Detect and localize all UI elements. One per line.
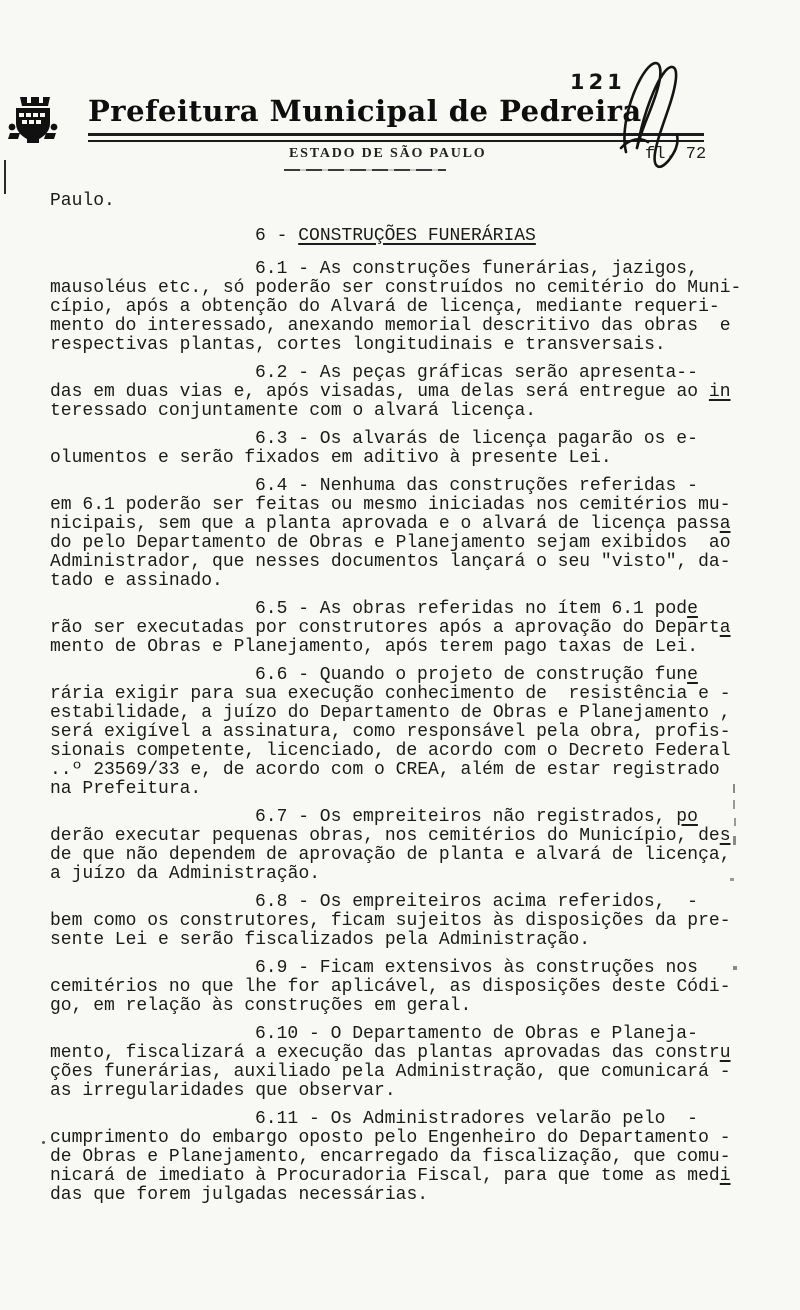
letterhead-title: Prefeitura Municipal de Pedreira (88, 94, 642, 128)
carryover-text: Paulo. (50, 192, 764, 211)
letterhead-rule-top (88, 133, 704, 136)
text-line: mausoléus etc., só poderão ser construíd… (50, 279, 764, 298)
paragraph-6.4: 6.4 - Nenhuma das construções referidas … (50, 477, 764, 591)
paragraph-6.6: 6.6 - Quando o projeto de construção fun… (50, 666, 764, 799)
scan-artifact (733, 836, 736, 845)
text-line: go, em relação às construções em geral. (50, 997, 764, 1016)
text-line: na Prefeitura. (50, 780, 764, 799)
text-line: cípio, após a obtenção do Alvará de lice… (50, 298, 764, 317)
scan-artifact (734, 818, 736, 826)
paragraph-6.8: 6.8 - Os empreiteiros acima referidos, -… (50, 893, 764, 950)
paragraph-6.9: 6.9 - Ficam extensivos às construções no… (50, 959, 764, 1016)
text-line: 6.10 - O Departamento de Obras e Planeja… (50, 1025, 764, 1044)
text-line: mento, fiscalizará a execução das planta… (50, 1044, 764, 1063)
text-line: Administrador, que nesses documentos lan… (50, 553, 764, 572)
paragraph-6.10: 6.10 - O Departamento de Obras e Planeja… (50, 1025, 764, 1101)
section-heading: 6 - CONSTRUÇÕES FUNERÁRIAS (50, 227, 764, 246)
paragraph-list: 6.1 - As construções funerárias, jazigos… (50, 260, 764, 1205)
text-line: nicipais, sem que a planta aprovada e o … (50, 515, 764, 534)
text-line: a juízo da Administração. (50, 865, 764, 884)
text-line: bem como os construtores, ficam sujeitos… (50, 912, 764, 931)
document-body: Paulo. 6 - CONSTRUÇÕES FUNERÁRIAS 6.1 - … (50, 192, 764, 1205)
text-line: sente Lei e serão fiscalizados pela Admi… (50, 931, 764, 950)
text-line: estabilidade, a juízo do Departamento de… (50, 704, 764, 723)
section-title: CONSTRUÇÕES FUNERÁRIAS (298, 226, 536, 246)
text-line: 6.6 - Quando o projeto de construção fun… (50, 666, 764, 685)
section-number: 6 - (255, 226, 298, 246)
text-line: ..º 23569/33 e, de acordo com o CREA, al… (50, 761, 764, 780)
text-line: derão executar pequenas obras, nos cemit… (50, 827, 764, 846)
scan-artifact (730, 878, 734, 881)
text-line: 6.7 - Os empreiteiros não registrados, p… (50, 808, 764, 827)
paragraph-6.7: 6.7 - Os empreiteiros não registrados, p… (50, 808, 764, 884)
scan-artifact (733, 784, 735, 793)
text-line: 6.2 - As peças gráficas serão apresenta-… (50, 364, 764, 383)
text-line: cemitérios no que lhe for aplicável, as … (50, 978, 764, 997)
handwritten-rubric-mark (616, 56, 704, 188)
scan-artifact-left-bar (4, 160, 6, 194)
scan-artifact (733, 800, 735, 809)
paragraph-6.2: 6.2 - As peças gráficas serão apresenta-… (50, 364, 764, 421)
text-line: 6.5 - As obras referidas no ítem 6.1 pod… (50, 600, 764, 619)
text-line: das que forem julgadas necessárias. (50, 1186, 764, 1205)
text-line: mento do interessado, anexando memorial … (50, 317, 764, 336)
paragraph-6.1: 6.1 - As construções funerárias, jazigos… (50, 260, 764, 355)
text-line: respectivas plantas, cortes longitudinai… (50, 336, 764, 355)
text-line: 6.11 - Os Administradores velarão pelo - (50, 1110, 764, 1129)
paragraph-6.3: 6.3 - Os alvarás de licença pagarão os e… (50, 430, 764, 468)
municipal-coat-of-arms-icon (8, 96, 58, 144)
text-line: será exigível a assinatura, como respons… (50, 723, 764, 742)
text-line: de que não dependem de aprovação de plan… (50, 846, 764, 865)
scan-artifact (733, 966, 737, 970)
text-line: rária exigir para sua execução conhecime… (50, 685, 764, 704)
letterhead-subtitle: ESTADO DE SÃO PAULO (289, 146, 486, 162)
text-line: olumentos e serão fixados em aditivo à p… (50, 449, 764, 468)
paragraph-6.5: 6.5 - As obras referidas no ítem 6.1 pod… (50, 600, 764, 657)
text-line: tado e assinado. (50, 572, 764, 591)
letterhead-rule-bottom (88, 140, 704, 142)
text-line: do pelo Departamento de Obras e Planejam… (50, 534, 764, 553)
text-line: sionais competente, licenciado, de acord… (50, 742, 764, 761)
text-line: 6.8 - Os empreiteiros acima referidos, - (50, 893, 764, 912)
text-line: ções funerárias, auxiliado pela Administ… (50, 1063, 764, 1082)
subtitle-underline (284, 169, 446, 171)
text-line: cumprimento do embargo oposto pelo Engen… (50, 1129, 764, 1148)
text-line: mento de Obras e Planejamento, após tere… (50, 638, 764, 657)
scanned-document-page: Prefeitura Municipal de Pedreira ESTADO … (0, 0, 800, 1310)
paragraph-6.11: 6.11 - Os Administradores velarão pelo -… (50, 1110, 764, 1205)
text-line: as irregularidades que observar. (50, 1082, 764, 1101)
text-line: das em duas vias e, após visadas, uma de… (50, 383, 764, 402)
text-line: teressado conjuntamente com o alvará lic… (50, 402, 764, 421)
text-line: nicará de imediato à Procuradoria Fiscal… (50, 1167, 764, 1186)
text-line: 6.3 - Os alvarás de licença pagarão os e… (50, 430, 764, 449)
text-line: 6.4 - Nenhuma das construções referidas … (50, 477, 764, 496)
text-line: 6.9 - Ficam extensivos às construções no… (50, 959, 764, 978)
text-line: rão ser executadas por construtores após… (50, 619, 764, 638)
text-line: em 6.1 poderão ser feitas ou mesmo inici… (50, 496, 764, 515)
text-line: 6.1 - As construções funerárias, jazigos… (50, 260, 764, 279)
scan-artifact (42, 1141, 45, 1144)
text-line: de Obras e Planejamento, encarregado da … (50, 1148, 764, 1167)
